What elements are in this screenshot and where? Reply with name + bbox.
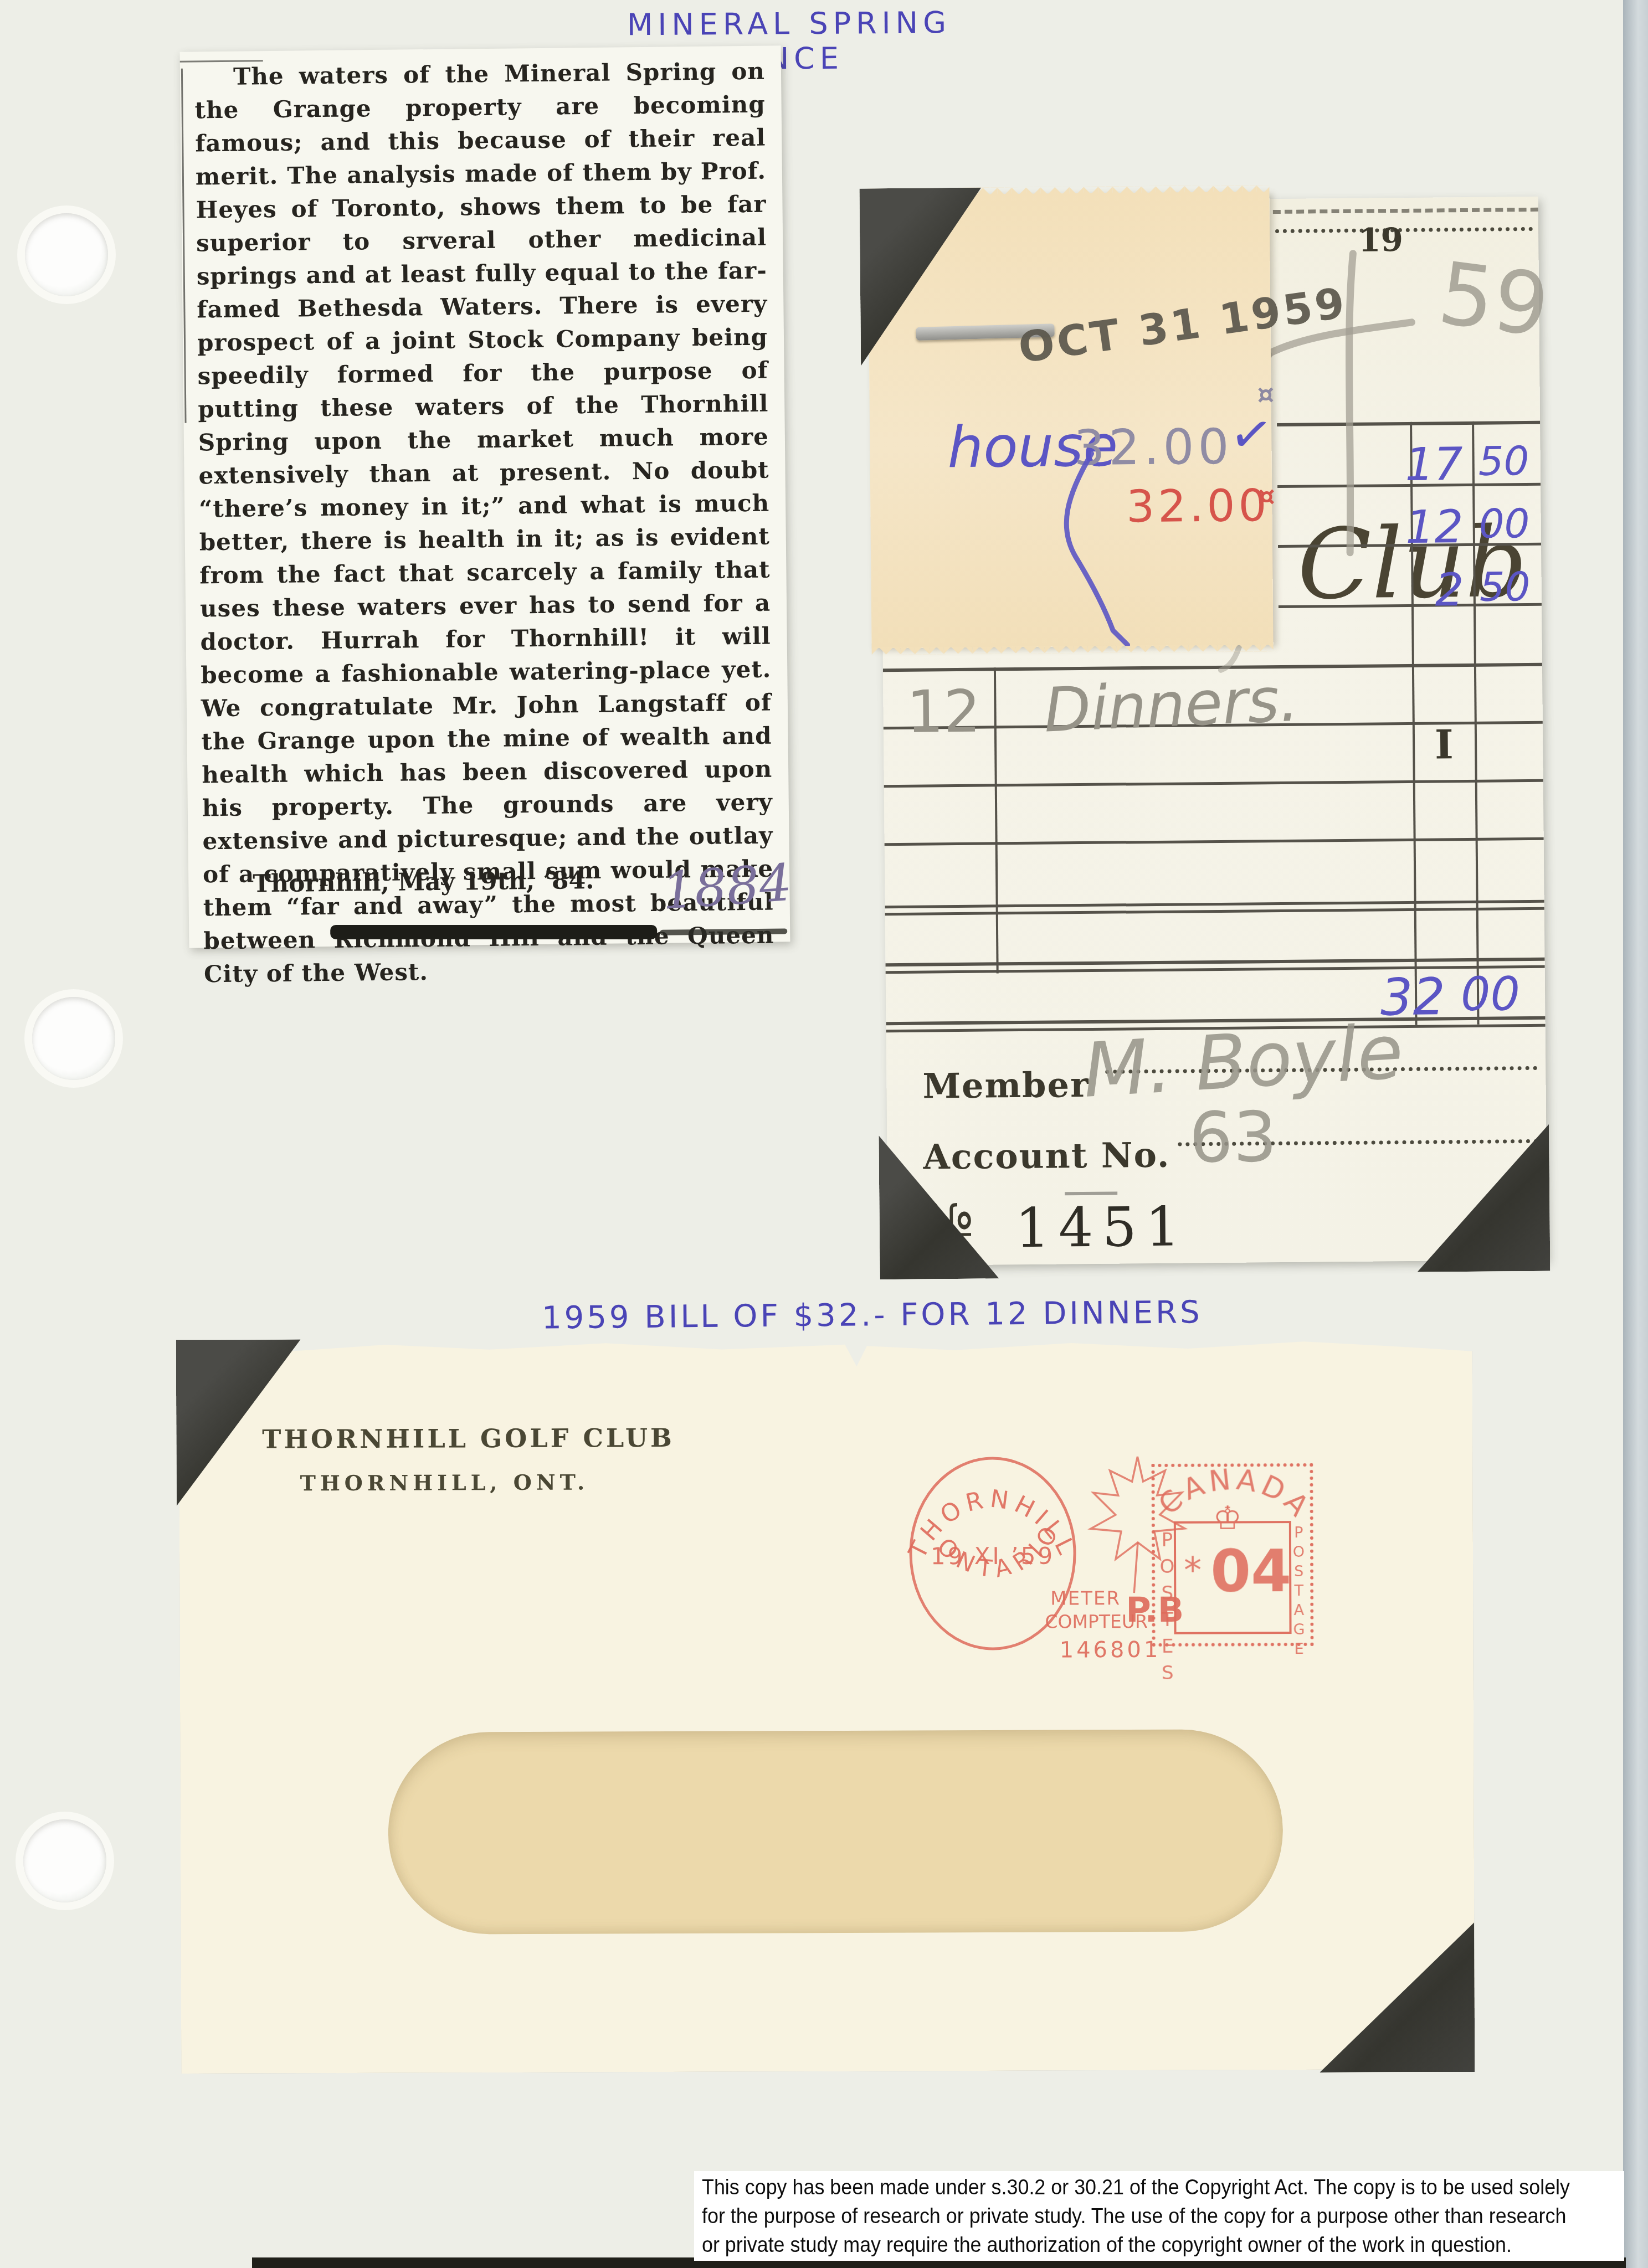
newspaper-clipping: The waters of the Mineral Spring on the … — [180, 45, 790, 948]
golf-club-bill: 19 59 Club I — [859, 180, 1567, 1294]
handwritten-year-note: 1884 — [660, 853, 794, 921]
scan-edge-strip — [1623, 0, 1648, 2268]
copyright-line-3: or private study may require the authori… — [702, 2233, 1512, 2257]
meter-word: METER — [1050, 1587, 1121, 1609]
envelope-window — [388, 1729, 1283, 1935]
copyright-line-1: This copy has been made under s.30.2 or … — [702, 2176, 1570, 2200]
stamp-star: * — [1184, 1550, 1202, 1591]
copyright-line-2: for the purpose of research or private s… — [702, 2204, 1566, 2229]
clipping-torn-edge — [330, 925, 657, 939]
clipping-column-rule — [181, 69, 187, 423]
meter-stamp-box: CANADA ♔ POSTES POSTAGE * 04 — [1151, 1463, 1313, 1647]
postage-meter-imprint: THORNHILL 19 XI ’59 ONTARIO METER COMPTE… — [905, 1449, 1332, 1689]
clipping-body-text: The waters of the Mineral Spring on the … — [194, 55, 775, 991]
copyright-notice: This copy has been made under s.30.2 or … — [694, 2171, 1624, 2261]
envelope-return-name: THORNHILL GOLF CLUB — [262, 1422, 788, 1454]
envelope: THORNHILL GOLF CLUB THORNHILL, ONT. THOR… — [179, 1338, 1475, 2074]
meter-serial: 146801 — [1060, 1637, 1161, 1663]
stamp-value: 04 — [1210, 1537, 1292, 1606]
punch-hole-middle — [32, 997, 115, 1080]
punch-hole-bottom — [23, 1819, 106, 1902]
envelope-return-address: THORNHILL, ONT. — [300, 1469, 743, 1496]
stamp-left-word: POSTES — [1156, 1529, 1179, 1689]
stamp-right-word: POSTAGE — [1290, 1524, 1308, 1660]
bill-caption: 1959 BILL OF $32.- FOR 12 DINNERS — [542, 1294, 1240, 1336]
scrapbook-page: MINERAL SPRING RESIDENCE The waters of t… — [0, 0, 1648, 2268]
punch-hole-top — [25, 213, 108, 296]
